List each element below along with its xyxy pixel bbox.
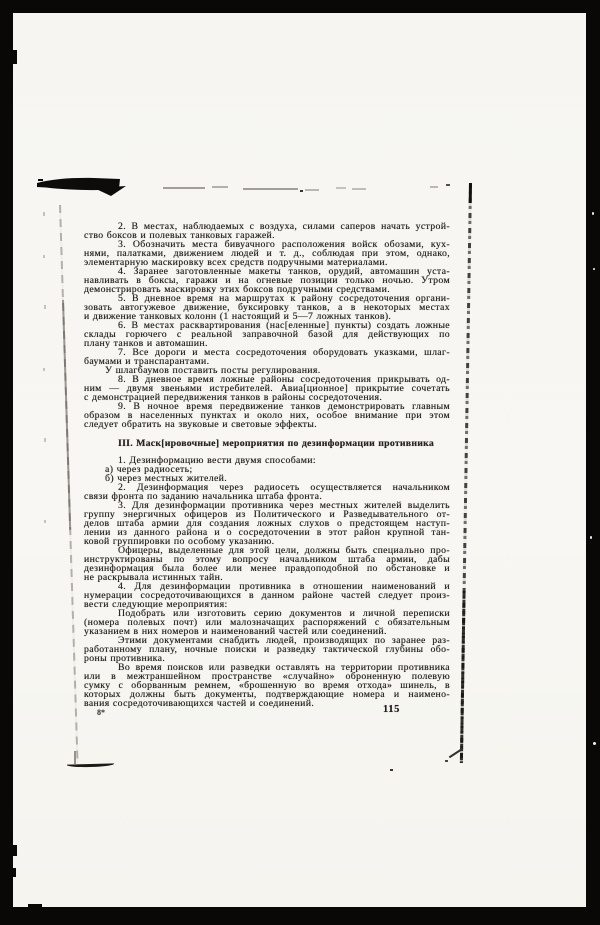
paragraph: Во время поисков или разведки оставлять … [84,663,450,708]
gutter-end-tick [74,751,76,764]
fold-line-dark-top [469,183,472,203]
section-heading: III. Маск[ировочные] мероприятия по дези… [84,439,450,448]
scan-streak [163,187,205,189]
scan-streak [352,188,366,190]
paragraph: Этими документами снабдить людей, произв… [84,636,450,663]
text-line: III. Маск[ировочные] мероприятия по дези… [84,439,450,448]
signature-mark: 8* [97,708,105,717]
paragraph: Подобрать или изготовить серию документо… [84,609,450,636]
paragraph: 4. Заранее заготовленные макеты танков, … [84,267,450,294]
paragraph: 2. Дезинформация через радиосеть осущест… [84,483,450,501]
scan-frame-top [0,0,600,13]
ink-blob-mark [34,173,134,201]
scan-frame-right [586,0,600,925]
scanned-book-page: 2. В местах, наблюдаемых с воздуха, сила… [0,0,600,925]
page-number: 115 [383,704,400,715]
paragraph: 4. Для дезинформации противника в отноше… [84,582,450,609]
paragraph: Офицеры, выделенные для этой цели, должн… [84,546,450,582]
paragraph: 7. Все дороги и места сосредоточения обо… [84,348,450,366]
scan-frame-left [0,0,13,925]
frame-speck [590,536,592,539]
frame-bump [13,845,17,856]
frame-bump [13,868,16,877]
frame-speck [592,212,594,215]
margin-dot [43,212,45,216]
paragraph: 2. В местах, наблюдаемых с воздуха, сила… [84,222,450,240]
paragraph: 5. В дневное время на маршрутах к району… [84,294,450,321]
paragraph: 9. В ночное время передвижение танков де… [84,402,450,429]
scan-streak [336,187,346,189]
fold-line-hook-dot [445,760,448,762]
text-column: 2. В местах, наблюдаемых с воздуха, сила… [84,222,450,708]
scan-frame-bottom [0,907,600,925]
frame-bump [13,50,17,64]
scan-speck [446,184,450,186]
frame-speck [593,268,595,270]
scan-streak [212,186,228,188]
margin-dot [43,368,45,371]
margin-dot [44,438,46,442]
margin-dot [44,520,46,523]
frame-bump [28,904,42,908]
margin-dot [44,305,46,309]
paragraph: 6. В местах расквартирования (нас[еленны… [84,321,450,348]
scan-speck [390,769,393,771]
scan-streak [305,189,319,191]
scan-streak [243,188,298,190]
paragraph: 8. В дневное время ложные районы сосредо… [84,375,450,402]
scan-streak [430,186,438,188]
scan-speck [300,190,303,192]
paragraph: 3. Для дезинформации противника через ме… [84,501,450,546]
paragraph: 3. Обозначить места бивуачного расположе… [84,240,450,267]
margin-dot [43,255,45,258]
frame-speck [593,742,596,745]
text-line: следует обратить на звуковые и световые … [84,420,450,429]
